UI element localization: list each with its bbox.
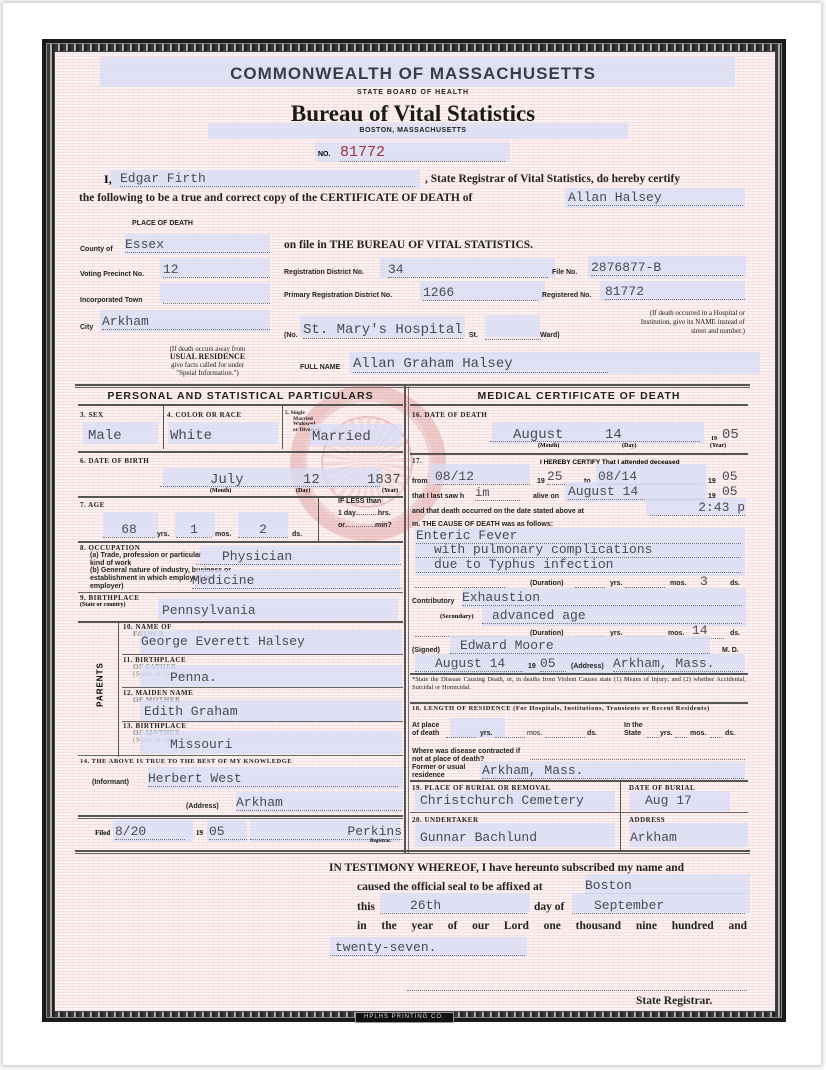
full-name-label: FULL NAME [300, 364, 340, 371]
dob-year: 1837 [367, 472, 401, 488]
burial-place-value: Christchurch Cemetery [420, 793, 584, 808]
signed-label: (Signed) [412, 647, 440, 654]
from-19: 19 [537, 478, 545, 485]
age-years: 68 [103, 522, 155, 538]
state-registrar-label: State Registrar. [636, 995, 712, 1007]
occupation-label: 8. OCCUPATION [80, 544, 140, 552]
at-place-ds-label: ds. [587, 730, 597, 737]
age-ds-label: ds. [292, 531, 302, 538]
testimony-line-2: caused the official seal to be affixed a… [357, 881, 543, 893]
former-residence-value: Arkham, Mass. [482, 763, 744, 779]
county-value: Essex [125, 237, 270, 253]
duration-1-yrs-label: yrs. [610, 580, 622, 587]
dob-year-caption: (Year) [382, 488, 398, 494]
race-value: White [170, 428, 212, 444]
file-no-label: File No. [552, 269, 577, 276]
duration-1-ds-label: ds. [730, 580, 740, 587]
ward-value [485, 338, 541, 340]
age-months: 1 [176, 522, 212, 538]
testimony-line-4: in the year of our Lord one thousand nin… [357, 920, 747, 932]
from-date: 08/12 [435, 469, 530, 485]
industry-value: Medicine [192, 573, 254, 588]
signed-year: 05 [540, 656, 566, 672]
physician-address: Arkham, Mass. [613, 656, 743, 672]
file-no-value: 2876877-B [591, 260, 743, 276]
registered-no-value: 81772 [605, 284, 745, 300]
occupation-a-label: (a) Trade, profession or particular kind… [90, 552, 210, 568]
registrar-caption: Registrar. [370, 839, 391, 844]
physician-address-label: (Address) [571, 663, 604, 670]
secondary-label: (Secondary) [440, 613, 474, 620]
at-place-label: At place of death [412, 722, 444, 738]
precinct-value: 12 [163, 262, 270, 278]
precinct-label: Voting Precinct No. [80, 271, 144, 278]
from-label: from [412, 478, 428, 485]
dob-month-caption: (Month) [210, 488, 231, 494]
birthplace-value: Pennsylvania [162, 603, 256, 618]
in-state-yrs-label: yrs. [660, 730, 672, 737]
full-name-value: Allan Graham Halsey [353, 356, 608, 373]
intro-i: I, [104, 172, 112, 187]
death-time-label: and that death occurred on the date stat… [412, 508, 584, 515]
true-statement-label: 14. THE ABOVE IS TRUE TO THE BEST OF MY … [80, 758, 292, 765]
dod-label: 16. DATE OF DEATH [412, 411, 487, 419]
street-value: St. Mary's Hospital [303, 322, 463, 339]
contributory-value: Exhaustion [462, 590, 742, 606]
intro-line2: the following to be a true and correct c… [79, 192, 472, 204]
undertaker-value: Gunnar Bachlund [420, 830, 537, 845]
testimony-month: September [572, 898, 745, 914]
dod-day: 14 [605, 427, 622, 443]
dob-day-caption: (Day) [296, 488, 310, 494]
certificate-no: 81772 [340, 144, 505, 162]
county-label: County of [80, 246, 113, 253]
bureau-city: BOSTON, MASSACHUSETTS [0, 127, 826, 134]
birthplace-sublabel: (State or country) [80, 602, 126, 608]
informant-address-label: (Address) [186, 803, 219, 810]
street-no-label: (No. [284, 332, 298, 339]
to-year: 05 [722, 469, 738, 484]
residence-length-label: 18. LENGTH OF RESIDENCE (For Hospitals, … [412, 705, 746, 713]
dob-month: July [210, 472, 244, 488]
burial-date-value: Aug 17 [645, 793, 692, 808]
town-label: Incorporated Town [80, 297, 142, 304]
in-state-label: In the State [624, 722, 650, 738]
undertaker-address-value: Arkham [630, 830, 677, 845]
less-than-label: IF LESS than [338, 498, 402, 505]
birthplace-label: 9. BIRTHPLACE [80, 594, 140, 602]
in-state-mos-label: mos. [690, 730, 706, 737]
at-place-yrs-label: yrs. [480, 730, 492, 737]
age-yrs-label: yrs. [157, 531, 169, 538]
contributory-label: Contributory [412, 598, 454, 605]
board-subtitle: STATE BOARD OF HEALTH [0, 89, 826, 96]
violent-causes-note: *State the Disease Causing Death, or, in… [412, 676, 746, 691]
deceased-short-name: Allan Halsey [568, 190, 743, 206]
death-time: 2:43 p [650, 500, 745, 516]
personal-heading: PERSONAL AND STATISTICAL PARTICULARS [78, 390, 403, 402]
item17-label: 17. [412, 457, 422, 465]
less-than-day: IF LESS than 1 dayhrs. ormin? [338, 498, 402, 529]
city-label: City [80, 324, 93, 331]
registrar-signature: Perkins [250, 824, 402, 840]
residence-note: (If death occurs away from USUAL RESIDEN… [140, 345, 275, 377]
dod-day-caption: (Day) [622, 443, 636, 449]
testimony-line-1: IN TESTIMONY WHEREOF, I have hereunto su… [329, 862, 746, 874]
to-19: 19 [708, 478, 716, 485]
dob-label: 6. DATE OF BIRTH [80, 457, 149, 465]
dod-year-caption: (Year) [710, 443, 726, 449]
parents-side-label: PARENTS [96, 655, 105, 715]
registered-no-label: Registered No. [542, 292, 591, 299]
physician-signature: Edward Moore [450, 638, 710, 654]
marital-value: Married [312, 429, 371, 445]
reg-district-value: 34 [388, 262, 548, 278]
mother-name-value: Edith Graham [144, 704, 238, 719]
duration-1-mos: 3 [700, 574, 708, 589]
duration-2-ds-label: ds. [730, 630, 740, 637]
registrar-name: Edgar Firth [120, 171, 415, 187]
md-label: M. D. [722, 647, 739, 654]
signed-date: August 14 [415, 656, 523, 672]
dod-19: 19 [711, 436, 717, 442]
filed-date: 8/20 [115, 824, 185, 840]
dob-day: 12 [303, 472, 320, 488]
hospital-note: (If death occurred in a Hospital or Inst… [640, 309, 745, 336]
dod-month-caption: (Month) [538, 443, 559, 449]
in-state-ds-label: ds. [725, 730, 735, 737]
informant-value: Herbert West [148, 771, 398, 787]
contracted-value [530, 759, 745, 760]
ward-label: Ward) [540, 332, 560, 339]
former-residence-label: Former or usual residence [412, 764, 472, 780]
informant-label: (Informant) [92, 779, 129, 786]
last-saw-label: that I last saw h [412, 493, 464, 500]
place-of-death-heading: PLACE OF DEATH [132, 220, 193, 227]
occupation-value: Physician [222, 549, 292, 564]
cause-label: m. THE CAUSE OF DEATH was as follows: [412, 521, 553, 528]
mother-birthplace-value: Missouri [170, 737, 232, 752]
alive-on-label: alive on [533, 493, 559, 500]
filed-19: 19 [196, 829, 203, 837]
alive-year: 05 [722, 484, 738, 499]
primary-district-label: Primary Registration District No. [284, 292, 392, 299]
reg-district-label: Registration District No. [284, 269, 364, 276]
filed-label: Filed [95, 829, 110, 837]
filed-year: 05 [209, 824, 247, 840]
father-birthplace-value: Penna. [170, 670, 217, 685]
sex-value: Male [88, 428, 122, 444]
this-label: this [357, 901, 375, 913]
duration-1-mos-label: mos. [670, 580, 686, 587]
city-value: Arkham [102, 314, 270, 330]
town-value [163, 302, 270, 304]
race-label: 4. COLOR OR RACE [167, 411, 242, 419]
testimony-day: 26th [380, 898, 527, 914]
age-days: 2 [238, 522, 288, 538]
dod-month: August [513, 427, 563, 443]
father-name-value: George Everett Halsey [141, 634, 305, 649]
printer-mark: HPLHS PRINTING CO. [355, 1012, 454, 1023]
primary-district-value: 1266 [423, 285, 538, 301]
last-saw-pronoun: im [475, 486, 520, 501]
sex-label: 3. SEX [80, 411, 104, 419]
age-label: 7. AGE [80, 501, 105, 509]
age-mos-label: mos. [215, 531, 231, 538]
at-place-mos-label: mos. [527, 730, 542, 737]
informant-address-value: Arkham [236, 795, 401, 811]
st-label: St. [469, 332, 478, 339]
medical-heading: MEDICAL CERTIFICATE OF DEATH [410, 390, 748, 402]
certificate-no-label: NO. [318, 151, 330, 158]
on-file-text: on file in THE BUREAU OF VITAL STATISTIC… [284, 239, 533, 251]
duration-1-label: (Duration) [530, 580, 563, 587]
testimony-year-words: twenty-seven. [330, 940, 525, 956]
signed-19: 19 [528, 663, 536, 670]
dod-year: 05 [722, 427, 739, 443]
seal-place: Boston [585, 878, 745, 894]
cause-line-3: due to Typhus infection [416, 557, 741, 573]
intro-line1: , State Registrar of Vital Statistics, d… [425, 173, 680, 185]
secondary-value: advanced age [482, 608, 742, 624]
day-of-label: day of [534, 901, 564, 913]
state-registrar-signature-line [407, 990, 747, 991]
cause-line-2: with pulmonary complications [416, 542, 741, 558]
commonwealth-title: COMMONWEALTH OF MASSACHUSETTS [0, 64, 826, 84]
